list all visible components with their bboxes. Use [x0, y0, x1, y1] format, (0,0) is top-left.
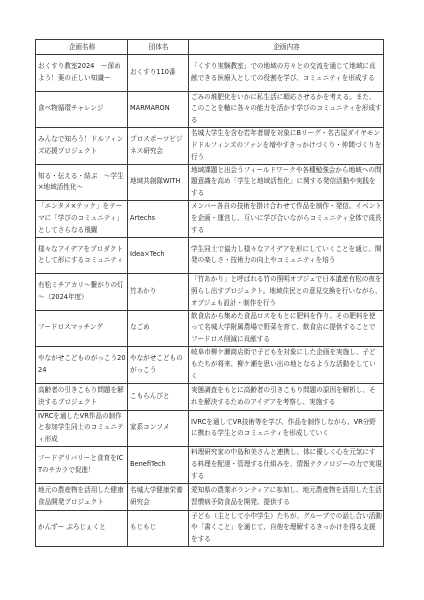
cell-project-name: フードデリバリーと食育をICTのチカラで促進！ [36, 447, 128, 484]
cell-project-content: 愛知県の農業ボランティアに参加し、地元農産物を活用した生活習慣病予防食品を開発、… [189, 483, 384, 510]
table-row: 食べ物循環チャレンジ MARMARON ごみの堆肥化をいかに私生活に順応させるか… [36, 91, 384, 128]
cell-project-content: 料理研究家の中島和美さんと連携し、体に優しく心を元気にする料理を配達・管理する仕… [189, 447, 384, 484]
cell-project-name: 知る・伝える・結ぶ ～学生×地域活性化～ [36, 164, 128, 201]
cell-organization: Idea×Tech [128, 237, 189, 274]
cell-project-content: 「竹あかり」と呼ばれる竹の照明オブジェで日本遺産有松の夜を照らし出すプロジェクト… [189, 274, 384, 311]
header-organization: 団体名 [128, 40, 189, 55]
cell-project-name: おくすり教室2024 ー深めよう！薬の正しい知識ー [36, 55, 128, 92]
cell-organization: BenefiTech [128, 447, 189, 484]
cell-project-name: 様々なアイデアをプロダクトとして形にするコミュニティ [36, 237, 128, 274]
cell-project-name: 食べ物循環チャレンジ [36, 91, 128, 128]
cell-project-name: IVRCを通したVR作品の制作と参加学生同士のコミュニティ形成 [36, 410, 128, 447]
header-project-name: 企画名称 [36, 40, 128, 55]
cell-organization: やながせこどものがっこう [128, 347, 189, 384]
cell-organization: 地域共創隊WITH [128, 164, 189, 201]
cell-organization: おくすり110番 [128, 55, 189, 92]
table-row: やながせこどものがっこう2024 やながせこどものがっこう 岐阜市柳ケ瀬商店街で… [36, 347, 384, 384]
table-row: 高齢者の引きこもり問題を解決するプロジェクト こもらんびと 実態調査をもとに高齢… [36, 383, 384, 410]
cell-project-content: 実態調査をもとに高齢者の引きこもり問題の原因を解析し、それを解決するためのアイデ… [189, 383, 384, 410]
table-row: 「エンタメ×テック」をテーマに「学びのコミュニティ」としてさらなる飛躍 Arte… [36, 201, 384, 238]
cell-project-name: 高齢者の引きこもり問題を解決するプロジェクト [36, 383, 128, 410]
table-header-row: 企画名称 団体名 企画内容 [36, 40, 384, 55]
table-row: 様々なアイデアをプロダクトとして形にするコミュニティ Idea×Tech 学生同… [36, 237, 384, 274]
cell-organization: Artechs [128, 201, 189, 238]
cell-project-content: ごみの堆肥化をいかに私生活に順応させるかを考える。また、このことを軸に各々の能力… [189, 91, 384, 128]
table-row: IVRCを通したVR作品の制作と参加学生同士のコミュニティ形成 家系コンソメ I… [36, 410, 384, 447]
cell-project-content: 岐阜市柳ケ瀬商店街で子どもを対象にした企画を実施し、子どもたちが将来、柳ケ瀬を思… [189, 347, 384, 384]
cell-organization: プロスポーツビジネス研究会 [128, 128, 189, 165]
table-row: かんずー ぷろじぇくと もじもじ 子ども（主として小中学生）たちが、グループでの… [36, 510, 384, 547]
project-table: 企画名称 団体名 企画内容 おくすり教室2024 ー深めよう！薬の正しい知識ー … [35, 39, 384, 547]
cell-project-content: 飲食店から集めた食品ロスをもとに肥料を作り、その肥料を使って名城大学附属農場で野… [189, 310, 384, 347]
header-project-content: 企画内容 [189, 40, 384, 55]
cell-project-content: 「くすり実験教室」での地域の方々との交流を通じて地域に貢献できる医療人としての役… [189, 55, 384, 92]
cell-project-name: フードロスマッチング [36, 310, 128, 347]
cell-organization: MARMARON [128, 91, 189, 128]
table-row: 有松ミチアカリ～繋がりの灯～（2024年度） 竹あかり 「竹あかり」と呼ばれる竹… [36, 274, 384, 311]
cell-project-content: メンバー各自の技術を掛け合わせて作品を制作・発信。イベントを企画・運営し、互いに… [189, 201, 384, 238]
cell-project-name: かんずー ぷろじぇくと [36, 510, 128, 547]
cell-project-name: 有松ミチアカリ～繋がりの灯～（2024年度） [36, 274, 128, 311]
cell-project-name: 地元の農産物を活用した健康食品開発プロジェクト [36, 483, 128, 510]
cell-organization: 名城大学健康栄養研究会 [128, 483, 189, 510]
cell-project-content: IVRCを通してVR技術等を学び、作品を制作しながら、VR分野に携わる学生とのコ… [189, 410, 384, 447]
cell-organization: 家系コンソメ [128, 410, 189, 447]
cell-organization: もじもじ [128, 510, 189, 547]
cell-project-name: みんなで知ろう！ドルフィンズ応援プロジェクト [36, 128, 128, 165]
cell-project-content: 名城大学生を含む若年者層を対象にBリーグ・名古屋ダイヤモンドドルフィンズのファン… [189, 128, 384, 165]
cell-project-name: 「エンタメ×テック」をテーマに「学びのコミュニティ」としてさらなる飛躍 [36, 201, 128, 238]
cell-organization: 竹あかり [128, 274, 189, 311]
cell-project-content: 学生同士で協力し様々なアイデアを形にしていくことを通じ、開発の楽しさ・技術力の向… [189, 237, 384, 274]
table-row: おくすり教室2024 ー深めよう！薬の正しい知識ー おくすり110番 「くすり実… [36, 55, 384, 92]
cell-organization: なごめ [128, 310, 189, 347]
table-row: フードデリバリーと食育をICTのチカラで促進！ BenefiTech 料理研究家… [36, 447, 384, 484]
table-row: みんなで知ろう！ドルフィンズ応援プロジェクト プロスポーツビジネス研究会 名城大… [36, 128, 384, 165]
document-page: 企画名称 団体名 企画内容 おくすり教室2024 ー深めよう！薬の正しい知識ー … [0, 0, 424, 600]
table-row: 知る・伝える・結ぶ ～学生×地域活性化～ 地域共創隊WITH 地域課題と出会うフ… [36, 164, 384, 201]
cell-organization: こもらんびと [128, 383, 189, 410]
table-row: フードロスマッチング なごめ 飲食店から集めた食品ロスをもとに肥料を作り、その肥… [36, 310, 384, 347]
cell-project-name: やながせこどものがっこう2024 [36, 347, 128, 384]
cell-project-content: 子ども（主として小中学生）たちが、グループでの話し合い活動や「書くこと」を通じて… [189, 510, 384, 547]
table-row: 地元の農産物を活用した健康食品開発プロジェクト 名城大学健康栄養研究会 愛知県の… [36, 483, 384, 510]
cell-project-content: 地域課題と出会うフィールドワークや各種勉強会から地域への問題意識を高め「学生と地… [189, 164, 384, 201]
